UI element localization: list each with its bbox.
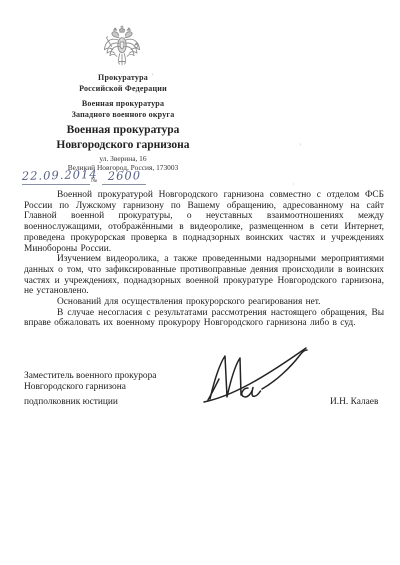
reference-line: 22.09.2014№2600 bbox=[22, 169, 146, 189]
body-paragraph-4: В случае несогласия с результатами рассм… bbox=[24, 308, 384, 329]
org-name-top: Прокуратура Российской Федерации bbox=[0, 72, 246, 94]
handwritten-number: 2600 bbox=[107, 168, 141, 183]
body-paragraph-2: Изучением видеоролика, а также проведенн… bbox=[24, 254, 384, 297]
signer-position-line1: Заместитель военного прокурора bbox=[24, 371, 156, 382]
signature-icon bbox=[200, 343, 312, 407]
body-paragraph-3: Оснований для осуществления прокурорског… bbox=[24, 297, 384, 308]
document-page: Прокуратура Российской Федерации Военная… bbox=[0, 0, 400, 565]
handwritten-date: 22.09.2014 bbox=[22, 167, 98, 183]
document-title: Военная прокуратура Новгородского гарниз… bbox=[0, 123, 246, 152]
address-line1: ул. Зверина, 16 bbox=[0, 154, 246, 163]
org-name-mid: Военная прокуратура Западного военного о… bbox=[0, 98, 246, 120]
scan-artifact: ’ bbox=[299, 143, 302, 151]
signer-position: Заместитель военного прокурора Новгородс… bbox=[24, 371, 156, 392]
org-top-line1: Прокуратура bbox=[0, 72, 246, 83]
org-mid-line2: Западного военного округа bbox=[0, 109, 246, 120]
body-paragraph-1: Военной прокуратурой Новгородского гарни… bbox=[24, 190, 384, 254]
letter-body: Военной прокуратурой Новгородского гарни… bbox=[24, 190, 384, 329]
signer-rank: подполковник юстиции bbox=[24, 397, 118, 407]
org-mid-line1: Военная прокуратура bbox=[0, 98, 246, 109]
signer-name: И.Н. Калаев bbox=[330, 397, 378, 407]
scan-artifact: · bbox=[292, 181, 295, 189]
scan-artifact: ’ bbox=[151, 73, 154, 81]
org-top-line2: Российской Федерации bbox=[0, 83, 246, 94]
document-title-line2: Новгородского гарнизона bbox=[0, 138, 246, 153]
coat-of-arms-icon bbox=[102, 25, 142, 68]
signer-position-line2: Новгородского гарнизона bbox=[24, 382, 156, 393]
document-title-line1: Военная прокуратура bbox=[0, 123, 246, 138]
